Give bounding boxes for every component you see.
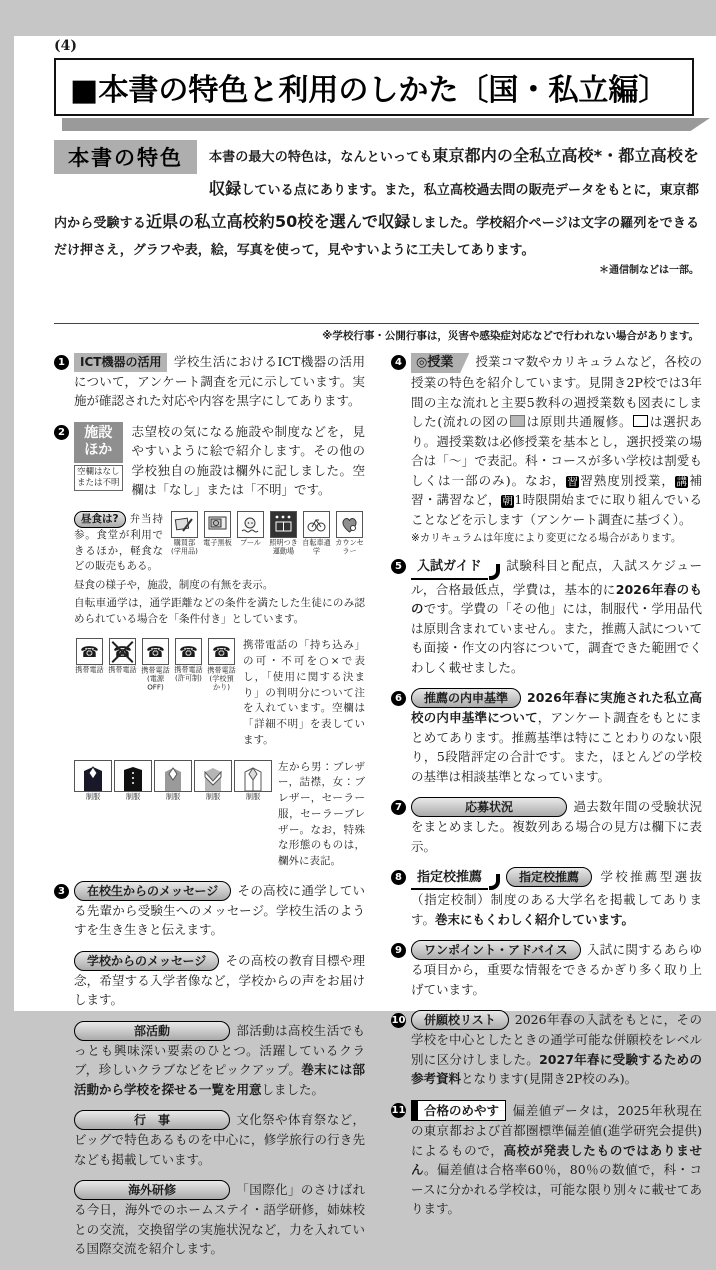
left-column: 1 ICT機器の活用学校生活におけるICT機器の活用について，アンケート調査を元…: [54, 352, 365, 1270]
item-number-circle: 3: [54, 884, 69, 899]
uniform-text: 左から男：ブレザー，詰襟，女：ブレザー，セーラー服，セーラーブレザー。なお，特殊…: [278, 760, 365, 870]
school-message-badge: 学校からのメッセージ: [74, 951, 219, 971]
uniform-icons-block: 制服 制服 制服 制服: [74, 760, 365, 870]
item-number-circle: 10: [391, 1013, 406, 1028]
heiganko-list-badge: 併願校リスト: [411, 1010, 509, 1030]
intro-run: 本書の最大の特色は，なんといっても: [209, 150, 432, 165]
student-message-badge: 在校生からのメッセージ: [74, 881, 231, 901]
item-number-circle: 8: [391, 870, 406, 885]
phone-school-keep-icon: ☎: [208, 638, 235, 665]
item-ict: 1 ICT機器の活用学校生活におけるICT機器の活用について，アンケート調査を元…: [54, 352, 365, 411]
facilities-badge-note: 空欄はなしまたは不明: [74, 465, 123, 491]
boxed-char-asa: 朝: [501, 495, 515, 508]
open-square-icon: [633, 415, 648, 427]
phone-icons-block: ☎ 携帯電話 ☎ 携帯電話 ☎ 携帯電話(電源OFF) ☎ 携帯電話(許可制): [74, 638, 365, 748]
club-badge: 部活動: [74, 1021, 230, 1041]
item-application-status: 7 応募状況過去数年間の受験状況をまとめました。複数列ある場合の見方は欄下に表示…: [391, 797, 702, 856]
club-block: 部活動部活動は高校生活でもっとも興味深い要素のひとつ。活躍しているクラブ，珍しい…: [74, 1021, 365, 1100]
phone-icon: ☎: [76, 638, 103, 665]
one-point-advice-badge: ワンポイント・アドバイス: [411, 940, 581, 960]
boxed-char-shuu: 習: [566, 476, 580, 489]
intro-section: 本書の特色 本書の最大の特色は，なんといっても東京都内の全私立高校*・都立高校を…: [54, 140, 699, 276]
uniform-gakuran-icon: [114, 760, 152, 792]
recommendation-criteria-badge: 推薦の内申基準: [411, 688, 521, 708]
item-student-message: 3 在校生からのメッセージその高校に通学している先輩から受験生へのメッセージ。学…: [54, 881, 365, 940]
item-number-circle: 1: [54, 355, 69, 370]
item-recommendation-criteria: 6 推薦の内申基準2026年春に実施された私立高校の内申基準について，アンケート…: [391, 688, 702, 786]
page-number: (4): [54, 38, 77, 54]
item-heiganko-list: 10 併願校リスト2026年春の入試をもとに，その学校を中心としたときの通学可能…: [391, 1010, 702, 1089]
divider-rule: [54, 323, 699, 324]
facility-note-2: 自転車通学は，通学距離などの条件を満たした生徒にのみ認められている場合を「条件付…: [74, 596, 365, 628]
item-lessons: 4 ◎授業授業コマ数やカリキュラムなど，各校の授業の特色を紹介しています。見開き…: [391, 352, 702, 545]
two-column-layout: 1 ICT機器の活用学校生活におけるICT機器の活用について，アンケート調査を元…: [54, 352, 702, 1270]
designated-school-badge-pill: 指定校推薦: [506, 867, 592, 887]
e-blackboard-icon: [204, 511, 231, 538]
phone-permission-icon: ☎: [175, 638, 202, 665]
lessons-badge: ◎授業: [411, 353, 469, 373]
uniform-blazer-female-icon: [154, 760, 192, 792]
item-number-circle: 4: [391, 355, 406, 370]
lighted-field-icon: [270, 511, 297, 538]
uniform-sailor-icon: [194, 760, 232, 792]
item-number-circle: 11: [391, 1103, 406, 1118]
facility-icons: 購買部(学用品) 電子黒板 プール 照明つき運動場: [169, 511, 365, 574]
lunch-text: 昼食は?弁当持参。食堂が利用できるほか，軽食などの販売もある。: [74, 511, 163, 574]
bicycle-icon: [303, 511, 330, 538]
abroad-badge: 海外研修: [74, 1180, 230, 1200]
item-designated-school: 8 指定校推薦指定校推薦学校推薦型選抜（指定校制）制度のある大学名を掲載してあり…: [391, 867, 702, 929]
page-background: (4) ■本書の特色と利用のしかた〔国・私立編〕 本書の特色 本書の最大の特色は…: [14, 36, 716, 1011]
facilities-badge: 施設ほか 空欄はなしまたは不明: [74, 422, 123, 491]
boxed-char-kou: 講: [675, 476, 689, 489]
right-column: 4 ◎授業授業コマ数やカリキュラムなど，各校の授業の特色を紹介しています。見開き…: [391, 352, 702, 1270]
event-block: 行 事文化祭や体育祭など，ビッグで特色あるものを中心に，修学旅行の行き先なども掲…: [74, 1110, 365, 1169]
lunch-and-icons-block: 昼食は?弁当持参。食堂が利用できるほか，軽食などの販売もある。 購買部(学用品)…: [74, 511, 365, 628]
badge-tail-icon: [489, 564, 500, 580]
uniform-sailor-blazer-icon: [234, 760, 272, 792]
item-ict-badge: ICT機器の活用: [74, 353, 167, 372]
item-number-circle: 6: [391, 691, 406, 706]
item-pass-guideline: 11 合格のめやす偏差値データは，2025年秋現在の東京都および首都圏標準偏差値…: [391, 1100, 702, 1219]
item-number-circle: 9: [391, 943, 406, 958]
header-shadow: [62, 118, 710, 131]
page-title: ■本書の特色と利用のしかた〔国・私立編〕: [70, 65, 668, 109]
counselor-icon: [336, 511, 363, 538]
page-header: ■本書の特色と利用のしかた〔国・私立編〕: [54, 58, 694, 116]
item-number-circle: 7: [391, 800, 406, 815]
item-ict-text: ICT機器の活用学校生活におけるICT機器の活用について，アンケート調査を元に示…: [74, 352, 365, 411]
lunch-badge: 昼食は?: [74, 511, 126, 529]
abroad-block: 海外研修「国際化」のさけばれる今日，海外でのホームステイ・語学研修，姉妹校との交…: [74, 1180, 365, 1259]
event-badge: 行 事: [74, 1110, 230, 1130]
item-one-point-advice: 9 ワンポイント・アドバイス入試に関するあらゆる項目から，重要な情報をできるかぎ…: [391, 940, 702, 999]
event-notice: ※学校行事・公開行事は，災害や感染症対応などで行われない場合があります。: [54, 328, 699, 343]
badge-tail-icon: [489, 874, 500, 890]
pass-guideline-badge: 合格のめやす: [411, 1100, 506, 1122]
store-icon: [171, 511, 198, 538]
school-message-block: 学校からのメッセージその高校の教育目標や理念，希望する入学者像など，学校からの声…: [74, 951, 365, 1010]
application-status-badge: 応募状況: [411, 797, 567, 817]
uniform-blazer-male-icon: [74, 760, 112, 792]
item-number-circle: 2: [54, 425, 69, 440]
pool-icon: [237, 511, 264, 538]
filled-square-icon: [510, 415, 525, 427]
designated-school-badge-underline: 指定校推薦: [411, 868, 500, 890]
phone-banned-icon: ☎: [109, 638, 136, 665]
facility-note-1: 昼食の様子や，施設，制度の有無を表示。: [74, 578, 365, 594]
intro-label: 本書の特色: [54, 140, 197, 174]
item-number-circle: 5: [391, 559, 406, 574]
item-exam-guide: 5 入試ガイド試験科目と配点，入試スケジュール，合格最低点，学費は，基本的に20…: [391, 556, 702, 677]
phone-text: 携帯電話の「持ち込み」の可・不可を○×で表し，「使用に関する決まり」の判明分につ…: [243, 638, 365, 748]
item-facilities: 2 施設ほか 空欄はなしまたは不明 志望校の気になる施設や制度などを，見やすいよ…: [54, 422, 365, 500]
intro-run-bold: 近県の私立高校約50校を選んで収録: [146, 212, 410, 231]
scanned-guidebook-page: { "page_number": "(4)", "header": { "tit…: [0, 0, 716, 1011]
lessons-note: ※カリキュラムは年度により変更になる場合があります。: [411, 530, 702, 545]
phone-power-off-icon: ☎: [142, 638, 169, 665]
exam-guide-badge: 入試ガイド: [411, 557, 500, 579]
